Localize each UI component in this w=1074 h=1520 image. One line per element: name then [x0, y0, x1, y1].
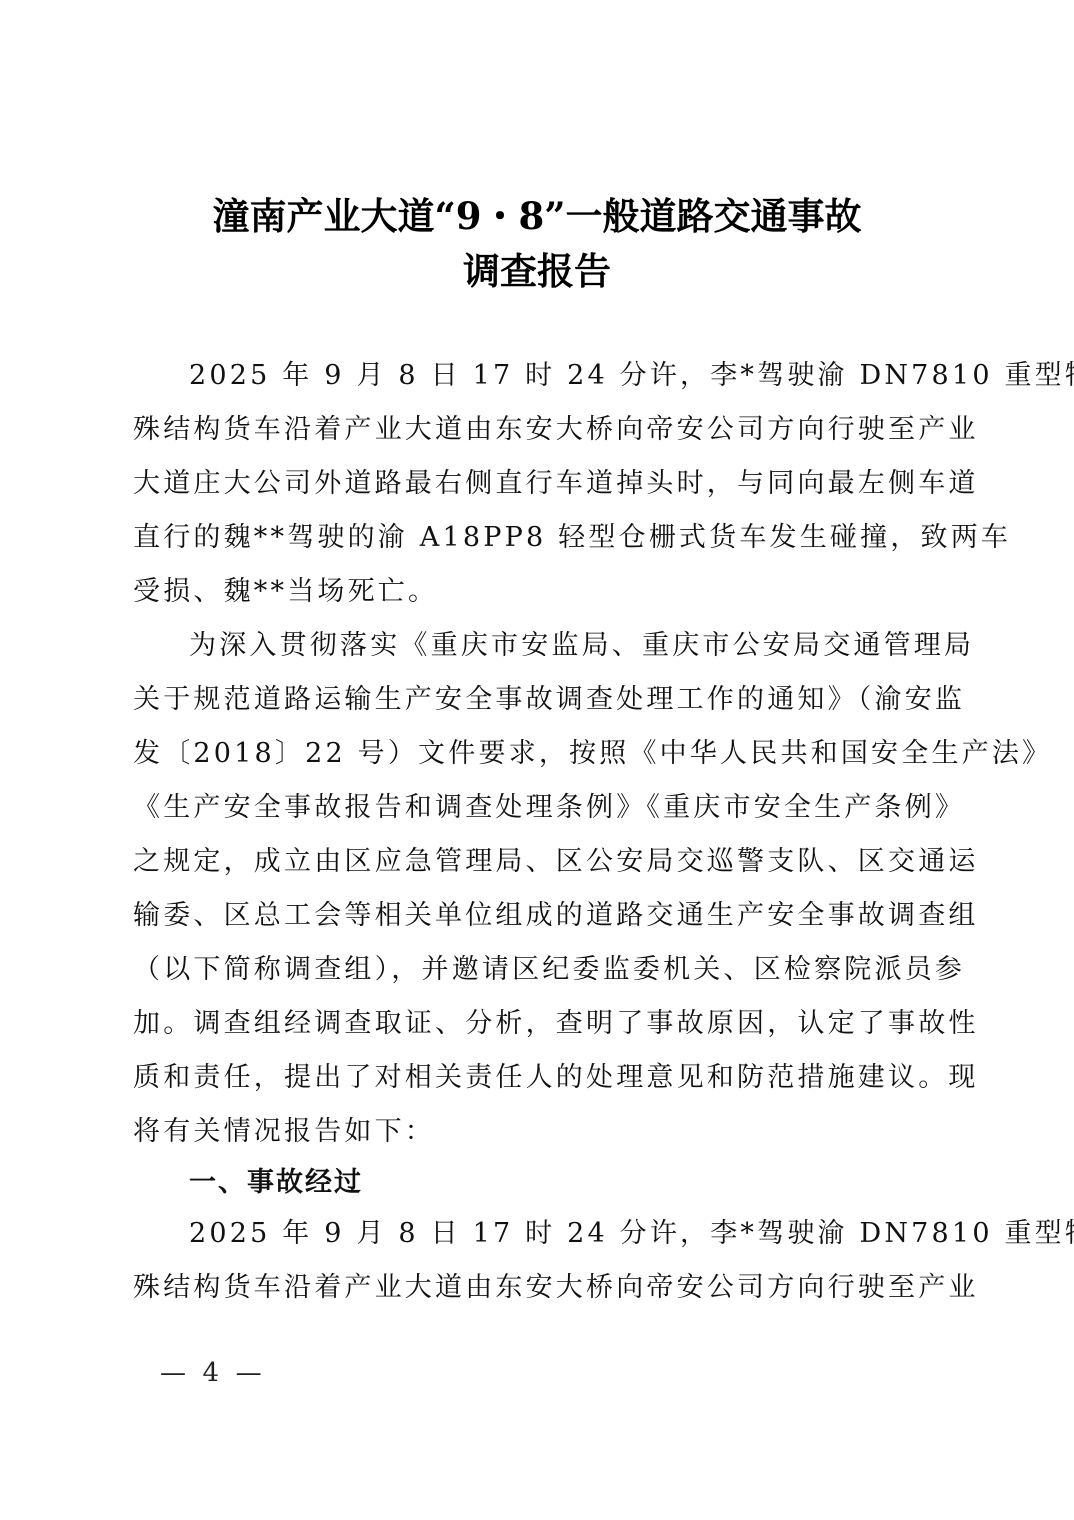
paragraph-2-line-7: （以下简称调查组），并邀请区纪委监委机关、区检察院派员参 [133, 950, 945, 1004]
paragraph-2-line-9: 质和责任，提出了对相关责任人的处理意见和防范措施建议。现 [133, 1058, 945, 1112]
paragraph-2-line-10: 将有关情况报告如下： [133, 1112, 435, 1166]
paragraph-1-line-2: 殊结构货车沿着产业大道由东安大桥向帝安公司方向行驶至产业 [133, 410, 945, 464]
document-title-line-2: 调查报告 [0, 241, 1074, 295]
paragraph-2-line-2: 关于规范道路运输生产安全事故调查处理工作的通知》（渝安监 [133, 680, 945, 734]
paragraph-1-line-1: 2025 年 9 月 8 日 17 时 24 分许，李*驾驶渝 DN7810 重… [189, 356, 945, 410]
paragraph-2-line-3: 发〔2018〕22 号）文件要求，按照《中华人民共和国安全生产法》 [133, 734, 945, 788]
document-title-line-1: 潼南产业大道“9・8”一般道路交通事故 [0, 186, 1074, 240]
document-page: 潼南产业大道“9・8”一般道路交通事故 调查报告 2025 年 9 月 8 日 … [0, 0, 1074, 1520]
paragraph-2-line-6: 输委、区总工会等相关单位组成的道路交通生产安全事故调查组 [133, 896, 945, 950]
paragraph-1-line-4: 直行的魏**驾驶的渝 A18PP8 轻型仓栅式货车发生碰撞，致两车 [133, 518, 945, 572]
paragraph-2-line-5: 之规定，成立由区应急管理局、区公安局交巡警支队、区交通运 [133, 842, 945, 896]
paragraph-2-line-8: 加。调查组经调查取证、分析，查明了事故原因，认定了事故性 [133, 1004, 945, 1058]
paragraph-1-line-3: 大道庄大公司外道路最右侧直行车道掉头时，与同向最左侧车道 [133, 464, 945, 518]
paragraph-1-line-5: 受损、魏**当场死亡。 [133, 572, 438, 626]
paragraph-2-line-4: 《生产安全事故报告和调查处理条例》《重庆市安全生产条例》 [133, 788, 945, 842]
paragraph-2-line-1: 为深入贯彻落实《重庆市安监局、重庆市公安局交通管理局 [189, 626, 945, 680]
page-number: — 4 — [160, 1358, 262, 1388]
paragraph-3-line-1: 2025 年 9 月 8 日 17 时 24 分许，李*驾驶渝 DN7810 重… [189, 1214, 945, 1268]
section-heading-accident-process: 一、事故经过 [189, 1160, 363, 1199]
paragraph-3-line-2: 殊结构货车沿着产业大道由东安大桥向帝安公司方向行驶至产业 [133, 1268, 945, 1322]
